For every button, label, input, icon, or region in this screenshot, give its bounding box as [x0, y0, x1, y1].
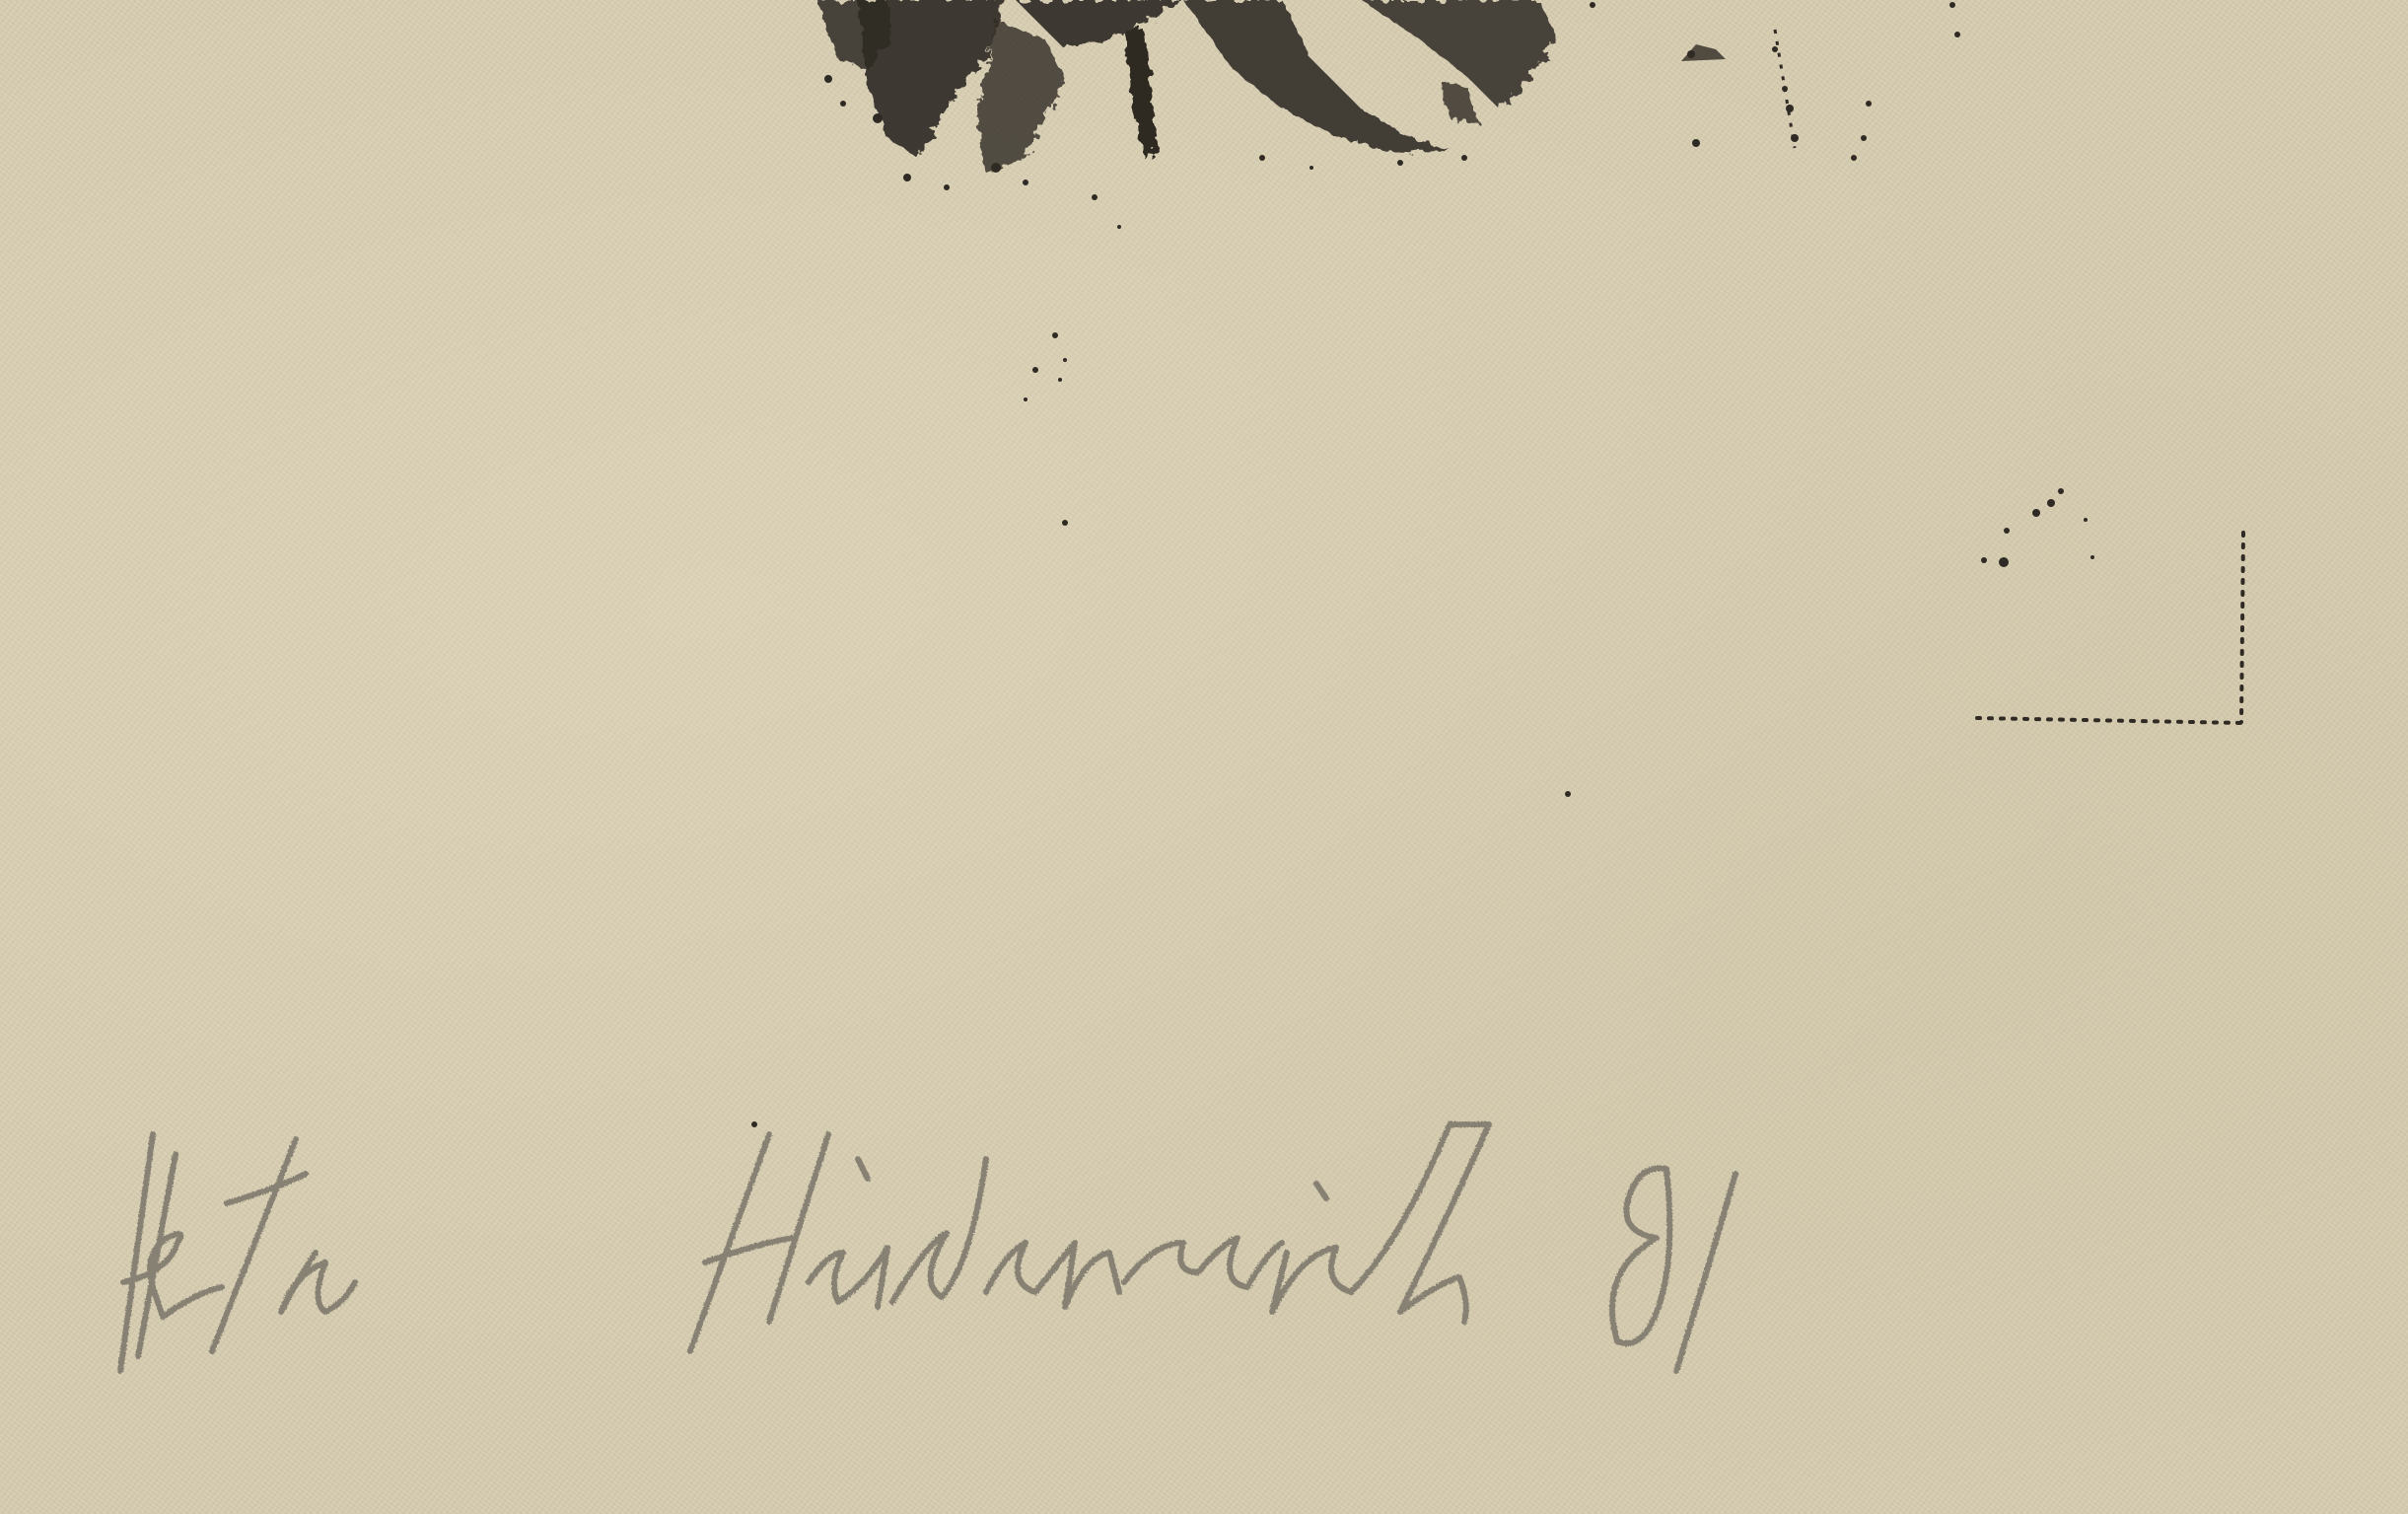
paper-sheet: Hetta Heidenreich 81 [0, 0, 2408, 1514]
printed-image-fragment [818, 0, 1558, 173]
artwork-canvas [0, 0, 2408, 1514]
pencil-signature [120, 1124, 1735, 1371]
ink-streak [1775, 30, 1795, 148]
ink-specks [751, 2, 2094, 1127]
register-mark [1977, 533, 2243, 723]
